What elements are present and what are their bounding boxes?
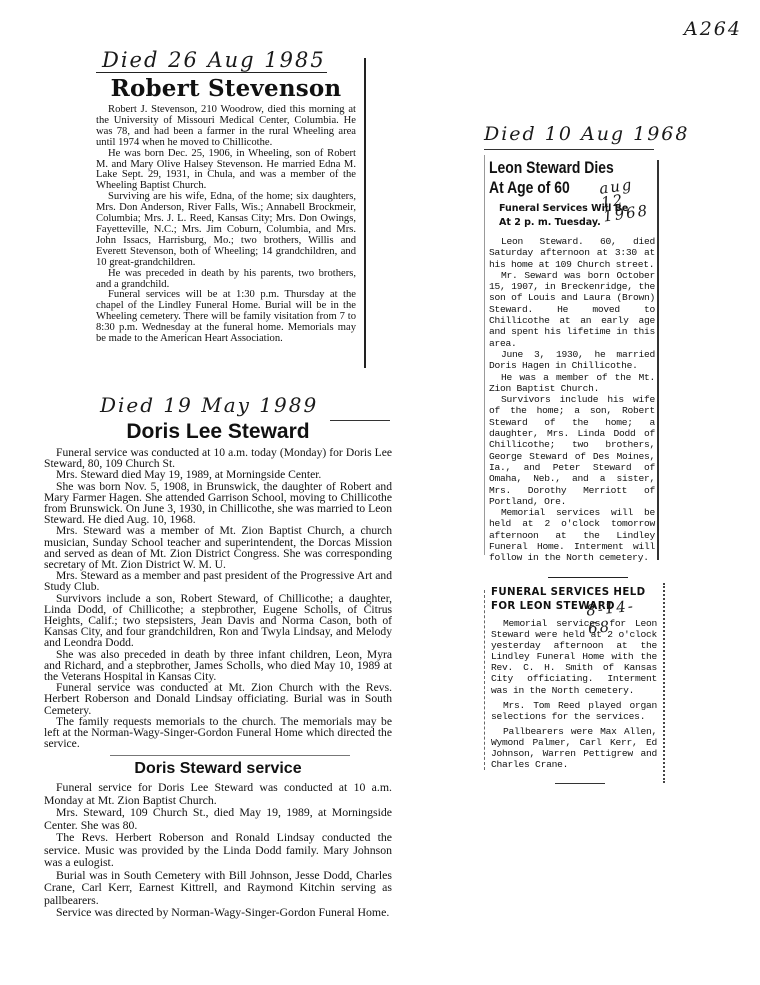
- obituary-title: Robert Stevenson: [96, 75, 356, 102]
- obituary-body: Funeral service was conducted at 10 a.m.…: [44, 447, 392, 749]
- column-rule: [484, 590, 486, 770]
- paragraph: He was born Dec. 25, 1906, in Wheeling, …: [96, 149, 356, 193]
- notice-body: Memorial services for Leon Steward were …: [491, 618, 657, 770]
- doris-steward-service-notice: Doris Steward service Funeral service fo…: [44, 760, 392, 919]
- paragraph: Memorial services will be held at 2 o'cl…: [489, 507, 655, 563]
- handwritten-annotation: 8-14-68: [585, 594, 658, 637]
- paragraph: Mrs. Steward was a member of Mt. Zion Ba…: [44, 525, 392, 570]
- paragraph: Pallbearers were Max Allen, Wymond Palme…: [491, 726, 657, 770]
- paragraph: Burial was in South Cemetery with Bill J…: [44, 869, 392, 907]
- paragraph: Funeral service was conducted at Mt. Zio…: [44, 682, 392, 716]
- paragraph: Leon Steward. 60, died Saturday afternoo…: [489, 236, 655, 270]
- leon-steward-obituary: Leon Steward Dies At Age of 60 aug 12 19…: [489, 158, 655, 564]
- column-rule: [657, 160, 659, 560]
- obituary-body: Leon Steward. 60, died Saturday afternoo…: [489, 236, 655, 564]
- paragraph: The Revs. Herbert Roberson and Ronald Li…: [44, 831, 392, 869]
- page-number: A264: [684, 18, 742, 40]
- paragraph: June 3, 1930, he married Doris Hagen in …: [489, 349, 655, 372]
- divider: [555, 783, 605, 784]
- paragraph: Mrs. Steward died May 19, 1989, at Morni…: [44, 469, 392, 480]
- paragraph: Mrs. Tom Reed played organ selections fo…: [491, 700, 657, 722]
- paragraph: He was preceded in death by his parents,…: [96, 269, 356, 291]
- handwritten-death-date: Died 19 May 1989: [100, 393, 318, 417]
- paragraph: She was also preceded in death by three …: [44, 649, 392, 683]
- paragraph: Service was directed by Norman-Wagy-Sing…: [44, 906, 392, 919]
- column-rule: [663, 583, 666, 783]
- obituary-body: Robert J. Stevenson, 210 Woodrow, died t…: [96, 105, 356, 345]
- paragraph: The family requests memorials to the chu…: [44, 716, 392, 750]
- divider: [110, 755, 350, 756]
- stevenson-obituary: Died 26 Aug 1985 Robert Stevenson Robert…: [96, 48, 356, 345]
- handwritten-death-date: Died 26 Aug 1985: [96, 48, 327, 73]
- divider: [484, 149, 654, 150]
- paragraph: Survivors include a son, Robert Steward,…: [44, 593, 392, 649]
- column-rule: [364, 58, 366, 368]
- paragraph: Mrs. Steward, 109 Church St., died May 1…: [44, 806, 392, 831]
- paragraph: She was born Nov. 5, 1908, in Brunswick,…: [44, 481, 392, 526]
- notice-title: Doris Steward service: [44, 760, 392, 778]
- paragraph: Mr. Seward was born October 15, 1907, in…: [489, 270, 655, 349]
- handwritten-death-date: Died 10 Aug 1968: [484, 123, 690, 145]
- paragraph: Survivors include his wife of the home; …: [489, 394, 655, 507]
- paragraph: Funeral services will be at 1:30 p.m. Th…: [96, 290, 356, 345]
- column-rule: [484, 155, 485, 555]
- paragraph: Funeral service was conducted at 10 a.m.…: [44, 447, 392, 469]
- paragraph: He was a member of the Mt. Zion Baptist …: [489, 372, 655, 395]
- divider: [548, 577, 628, 578]
- paragraph: Funeral service for Doris Lee Steward wa…: [44, 781, 392, 806]
- paragraph: Surviving are his wife, Edna, of the hom…: [96, 192, 356, 268]
- notice-body: Funeral service for Doris Lee Steward wa…: [44, 781, 392, 919]
- paragraph: Mrs. Steward as a member and past presid…: [44, 570, 392, 592]
- obituary-title: Doris Lee Steward: [44, 420, 392, 444]
- handwritten-annotation: aug 12 1968: [598, 174, 657, 223]
- paragraph: Robert J. Stevenson, 210 Woodrow, died t…: [96, 105, 356, 149]
- doris-steward-obituary: Doris Lee Steward Funeral service was co…: [44, 420, 392, 749]
- headline-line-1: Leon Steward Dies: [489, 158, 625, 178]
- leon-steward-services-held-notice: FUNERAL SERVICES HELD FOR LEON STEWARD 8…: [491, 586, 657, 774]
